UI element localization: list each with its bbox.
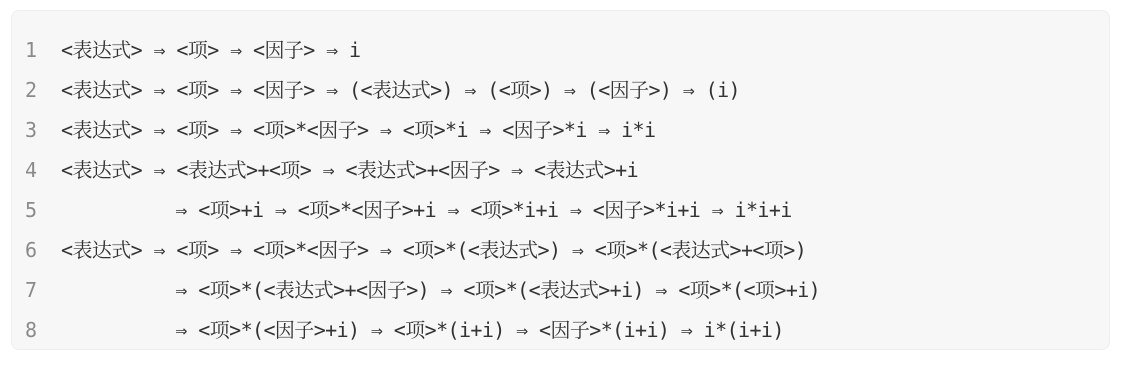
line-text: <表达式> ⇒ <表达式>+<项> ⇒ <表达式>+<因子> ⇒ <表达式>+i: [61, 150, 638, 190]
code-line: 1 <表达式> ⇒ <项> ⇒ <因子> ⇒ i: [12, 30, 820, 70]
line-text: ⇒ <项>*(<表达式>+<因子>) ⇒ <项>*(<表达式>+i) ⇒ <项>…: [61, 270, 820, 310]
line-text: <表达式> ⇒ <项> ⇒ <项>*<因子> ⇒ <项>*i ⇒ <因子>*i …: [61, 110, 655, 150]
line-number: 7: [12, 270, 61, 310]
line-text: <表达式> ⇒ <项> ⇒ <因子> ⇒ (<表达式>) ⇒ (<项>) ⇒ (…: [61, 70, 740, 110]
code-lines: 1 <表达式> ⇒ <项> ⇒ <因子> ⇒ i 2 <表达式> ⇒ <项> ⇒…: [12, 30, 820, 350]
line-number: 5: [12, 190, 61, 230]
code-line: 7 ⇒ <项>*(<表达式>+<因子>) ⇒ <项>*(<表达式>+i) ⇒ <…: [12, 270, 820, 310]
line-number: 8: [12, 310, 61, 350]
line-number: 1: [12, 30, 61, 70]
line-text: ⇒ <项>+i ⇒ <项>*<因子>+i ⇒ <项>*i+i ⇒ <因子>*i+…: [61, 190, 792, 230]
line-number: 3: [12, 110, 61, 150]
code-line: 5 ⇒ <项>+i ⇒ <项>*<因子>+i ⇒ <项>*i+i ⇒ <因子>*…: [12, 190, 820, 230]
code-line: 2 <表达式> ⇒ <项> ⇒ <因子> ⇒ (<表达式>) ⇒ (<项>) ⇒…: [12, 70, 820, 110]
line-text: <表达式> ⇒ <项> ⇒ <因子> ⇒ i: [61, 30, 360, 70]
code-line: 6 <表达式> ⇒ <项> ⇒ <项>*<因子> ⇒ <项>*(<表达式>) ⇒…: [12, 230, 820, 270]
code-line: 4 <表达式> ⇒ <表达式>+<项> ⇒ <表达式>+<因子> ⇒ <表达式>…: [12, 150, 820, 190]
code-block: 1 <表达式> ⇒ <项> ⇒ <因子> ⇒ i 2 <表达式> ⇒ <项> ⇒…: [11, 10, 1110, 350]
line-number: 6: [12, 230, 61, 270]
line-text: <表达式> ⇒ <项> ⇒ <项>*<因子> ⇒ <项>*(<表达式>) ⇒ <…: [61, 230, 806, 270]
code-line: 8 ⇒ <项>*(<因子>+i) ⇒ <项>*(i+i) ⇒ <因子>*(i+i…: [12, 310, 820, 350]
code-line: 3 <表达式> ⇒ <项> ⇒ <项>*<因子> ⇒ <项>*i ⇒ <因子>*…: [12, 110, 820, 150]
line-number: 2: [12, 70, 61, 110]
line-number: 4: [12, 150, 61, 190]
line-text: ⇒ <项>*(<因子>+i) ⇒ <项>*(i+i) ⇒ <因子>*(i+i) …: [61, 310, 784, 350]
